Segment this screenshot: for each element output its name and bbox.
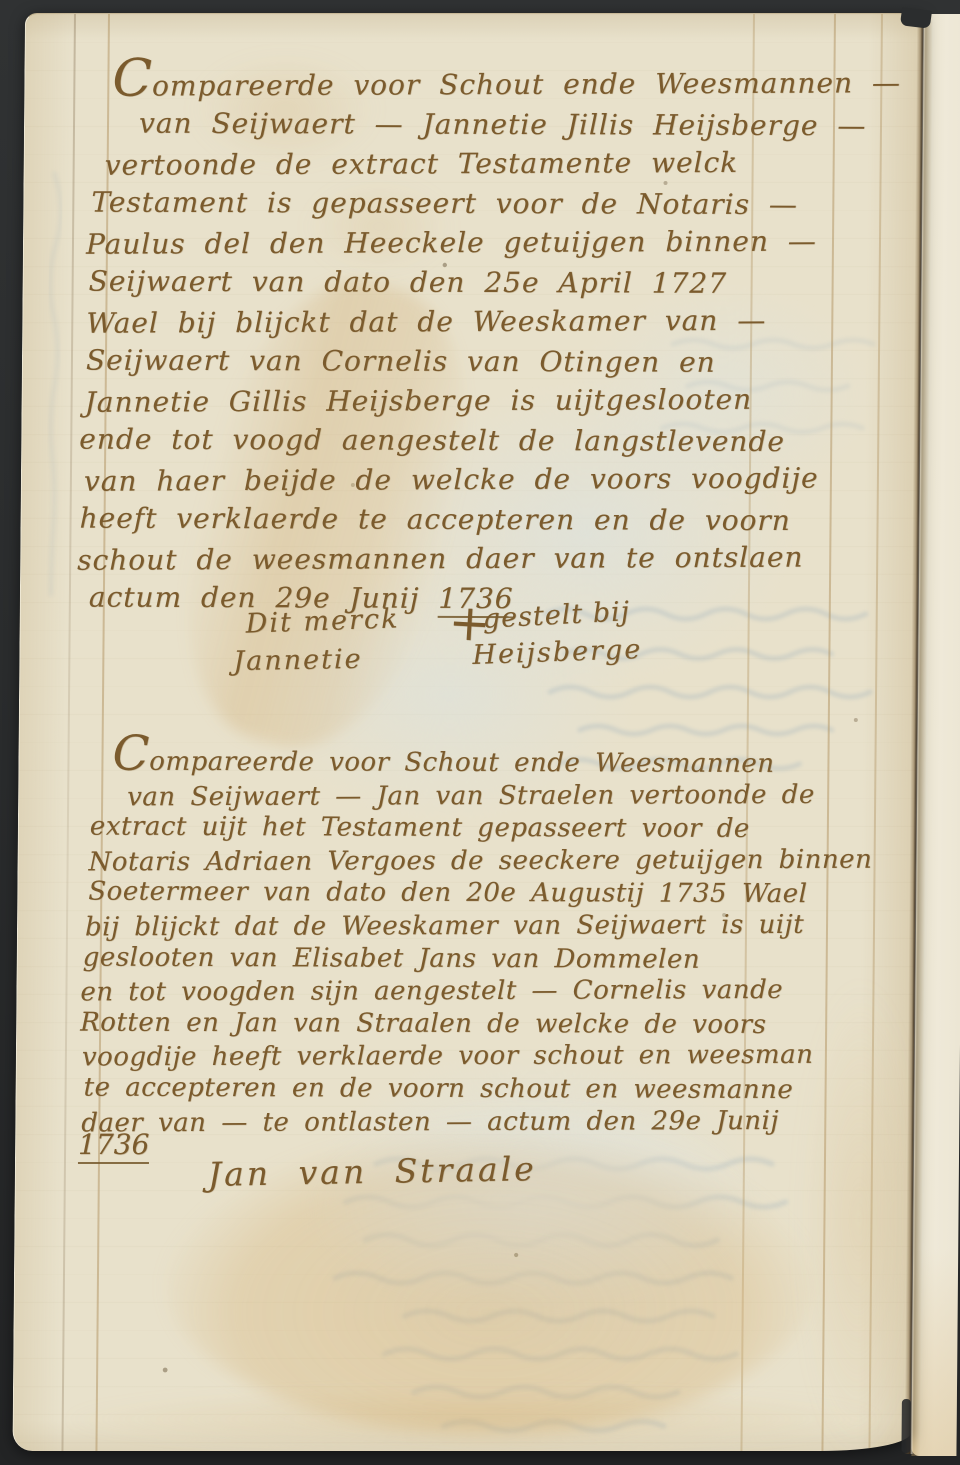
manuscript-line: Compareerde voor Schout ende Weesmannen …	[112, 57, 893, 106]
manuscript-page: Compareerde voor Schout ende Weesmannen …	[12, 13, 923, 1451]
manuscript-scan: { "meta": { "description": "Scanned page…	[0, 0, 960, 1465]
manuscript-line: Notaris Adriaen Vergoes de seeckere getu…	[89, 843, 887, 878]
manuscript-line: vertoonde de extract Testamente welck	[105, 142, 893, 185]
entry-1: Compareerde voor Schout ende Weesmannen …	[83, 59, 894, 618]
manuscript-line: te accepteren en de voorn schout en wees…	[83, 1072, 884, 1107]
manuscript-line: en tot voogden sijn aengestelt — Corneli…	[80, 974, 885, 1009]
mark-caption-right-1: gestelt bij	[482, 596, 631, 635]
entry-2: Compareerde voor Schout ende Weesmannen …	[78, 738, 887, 1138]
manuscript-line: Seijwaert van Cornelis van Otingen en	[86, 340, 891, 382]
mark-caption-left-1: Dit merck	[245, 603, 399, 639]
manuscript-line: extract uijt het Testament gepasseert vo…	[90, 811, 887, 846]
signature-jan-van-straale: Jan van Straale	[208, 1149, 537, 1194]
backdrop-gap-top	[900, 7, 932, 29]
mark-caption-right-2: Heijsberge	[472, 634, 643, 671]
manuscript-line: Testament is gepasseert voor de Notaris …	[91, 182, 892, 224]
manuscript-line: Jannetie Gillis Heijsberge is uijtgesloo…	[85, 379, 891, 422]
book-spread: Compareerde voor Schout ende Weesmannen …	[12, 13, 960, 1457]
manuscript-line: daer van — te ontlasten — actum den 29e …	[81, 1104, 884, 1139]
backdrop-gap-bottom	[901, 1399, 910, 1453]
closing-date: 1736	[78, 1128, 150, 1161]
manuscript-line: ende tot voogd aengestelt de langstleven…	[79, 419, 890, 461]
manuscript-line: van Seijwaert — Jannetie Jillis Heijsber…	[139, 103, 893, 145]
manuscript-line: Compareerde voor Schout ende Weesmannen	[112, 737, 887, 781]
foxing-specks	[26, 14, 28, 16]
mark-caption-left-2: Jannetie	[233, 644, 362, 677]
stain	[911, 1196, 958, 1456]
manuscript-line: van haer beijde de welcke de voors voogd…	[84, 458, 890, 501]
manuscript-line: Soetermeer van dato den 20e Augustij 173…	[88, 876, 886, 911]
manuscript-line: bij blijckt dat de Weeskamer van Seijwae…	[85, 909, 886, 944]
manuscript-line: voogdije heeft verklaerde voor schout en…	[82, 1039, 885, 1074]
manuscript-line: geslooten van Elisabet Jans van Dommelen	[83, 941, 886, 976]
manuscript-line: Wael bij blijckt dat de Weeskamer van —	[86, 300, 891, 343]
manuscript-line: Paulus del den Heeckele getuijgen binnen…	[86, 221, 892, 264]
manuscript-line: Rotten en Jan van Straalen de welcke de …	[80, 1006, 885, 1041]
stain	[68, 1389, 879, 1449]
manuscript-line: Seijwaert van dato den 25e April 1727	[88, 261, 891, 303]
manuscript-line: van Seijwaert — Jan van Straelen vertoon…	[127, 778, 887, 813]
manuscript-line: heeft verklaerde te accepteren en de voo…	[79, 498, 889, 540]
page-crease	[61, 14, 76, 1451]
manuscript-line: schout de weesmannen daer van te ontslae…	[77, 537, 889, 580]
